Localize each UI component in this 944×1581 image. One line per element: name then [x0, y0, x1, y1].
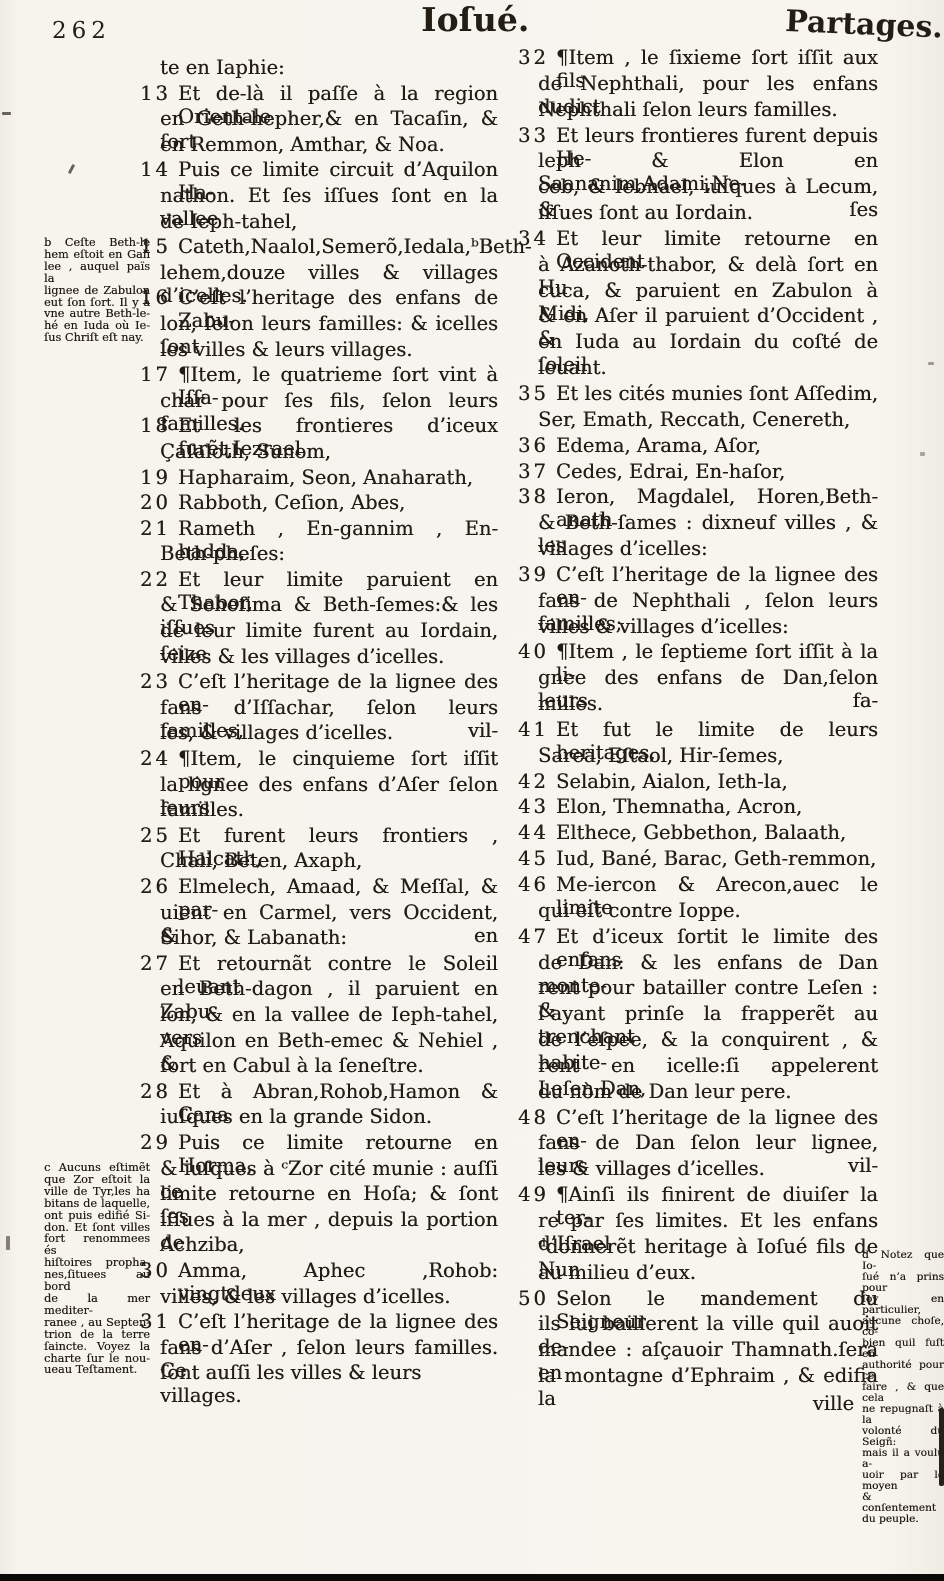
text-line: & Seheſima & Beth-ſemes:& les iſſues [140, 593, 498, 619]
text-line: iſſues à la mer , depuis la portion de [140, 1208, 498, 1234]
text-line: limite retourne en Hoſa; & ſont ſes [140, 1182, 498, 1208]
verse-text: Rabboth, Ceſion, Abes, [178, 491, 498, 514]
text-line: Achziba, [140, 1233, 498, 1259]
text-line: 19Hapharaim, Seon, Anaharath, [140, 466, 498, 492]
text-line: 15Cateth,Naalol,Semerõ,Iedala,ᵇBeth- [140, 235, 498, 261]
verse-number: 41 [518, 718, 556, 741]
text-line: 46Me-iercon & Arecon,auec le limite [518, 873, 878, 899]
text-line: te en Iaphie: [140, 56, 498, 82]
text-line: du nòm de Dan leur pere. [518, 1080, 878, 1106]
verse-text: iuſques en la grande Sidon. [140, 1105, 498, 1128]
text-line: la lignee des enfans d’Aſer ſelon leurs [140, 773, 498, 799]
verse-text: Et les cités munies ſont Aſſedim, [556, 382, 878, 405]
verse-text: Elon, Themnatha, Acron, [556, 795, 878, 818]
text-line: les villes & leurs villages. [140, 338, 498, 364]
text-line: à Azanoth-thabor, & delà ſort en Hu [518, 253, 878, 279]
text-line: de leur limite furent au Iordain, ſeize [140, 619, 498, 645]
text-line: Beth-pheſes: [140, 542, 498, 568]
verse-number: 18 [140, 414, 178, 437]
scan-speck [2, 112, 11, 115]
text-line: 29Puis ce limite retourne en Horma, [140, 1131, 498, 1157]
text-line: 21Rameth , En-gannim , En-hadda, [140, 517, 498, 543]
verse-text: Nephthali ſelon leurs familles. [518, 98, 878, 121]
verse-number: 23 [140, 670, 178, 693]
text-line: en Remmon, Amthar, & Noa. [140, 133, 498, 159]
text-line: familles. [140, 798, 498, 824]
text-line: 50Selon le mandement du Seigneur [518, 1287, 878, 1313]
text-line: uient en Carmel, vers Occident, & en [140, 901, 498, 927]
text-line: l’ayant prinſe la frapperẽt au trenchant [518, 1002, 878, 1028]
verse-number: 34 [518, 227, 556, 250]
verse-number: 40 [518, 640, 556, 663]
margin-note-line: ſus Chriſt eſt nay. [44, 332, 150, 344]
text-line: villes & villages d’icelles: [518, 615, 878, 641]
text-line: en Beth-dagon , il paruient en Zabu- [140, 977, 498, 1003]
text-line: fans de Nephthali , ſelon leurs familles… [518, 589, 878, 615]
verse-number: 36 [518, 434, 556, 457]
text-line: iſſues ſont au Iordain. [518, 201, 878, 227]
verse-number: 25 [140, 824, 178, 847]
verse-number: 29 [140, 1131, 178, 1154]
verse-text: Iud, Bané, Barac, Geth-remmon, [556, 847, 878, 870]
text-line: de Dan: & les enfans de Dan monte- [518, 951, 878, 977]
text-line: 40¶Item , le ſeptieme ſort iſſit à la li… [518, 640, 878, 666]
text-line: 32¶Item , le ſixieme ſort iſſit aux fils [518, 46, 878, 72]
text-line: ceb, & Iebnael, iuſques à Lecum, & ſes [518, 175, 878, 201]
text-line: de l’eſpee, & la conquirent , & habite- [518, 1028, 878, 1054]
text-line: en Geth-hepher,& en Tacaſin, & ſort [140, 107, 498, 133]
verse-text: Sihor, & Labanath: [140, 926, 498, 949]
verse-text: familles. [140, 798, 498, 821]
verse-number: 30 [140, 1259, 178, 1282]
verse-number: 22 [140, 568, 178, 591]
verse-number: 31 [140, 1310, 178, 1333]
verse-text: de Ieph-tahel, [140, 210, 498, 233]
text-line: 48C’eſt l’heritage de la lignee des en- [518, 1106, 878, 1132]
text-line: & iuſques à ᶜZor cité munie : auſſi ce [140, 1157, 498, 1183]
text-line: 16C’eſt l’heritage des enfans de Zabu- [140, 286, 498, 312]
text-line: Çaſaloth, Sunem, [140, 440, 498, 466]
text-line: 36Edema, Arama, Aſor, [518, 434, 878, 460]
margin-note-line: fort renommees és [44, 1233, 150, 1257]
verse-text: milles. [518, 692, 878, 715]
text-line: 44Elthece, Gebbethon, Balaath, [518, 821, 878, 847]
text-line: ſort en Cabul à la ſeneſtre. [140, 1054, 498, 1080]
verse-text: Cedes, Edrai, En-haſor, [556, 460, 878, 483]
verse-number: 39 [518, 563, 556, 586]
margin-note-line: ſaincte. Voyez la [44, 1341, 150, 1353]
verse-number: 26 [140, 875, 178, 898]
text-line: char pour ſes fils, ſelon leurs familles… [140, 389, 498, 415]
scan-edge-mark [939, 1408, 944, 1486]
verse-text: Selabin, Aialon, Ieth-la, [556, 770, 878, 793]
text-line: fans d’Iſſachar, ſelon leurs familles, v… [140, 696, 498, 722]
running-head-book-title: Ioſué. [421, 0, 529, 39]
verse-text: villes & villages d’icelles: [518, 615, 878, 638]
text-line: villages d’icelles: [518, 537, 878, 563]
verse-text: ſort en Cabul à la ſeneſtre. [140, 1054, 498, 1077]
text-line: leuant. [518, 356, 878, 382]
text-line: de Nephthali, pour les enfans dudict [518, 72, 878, 98]
margin-note-c: c Aucuns eſtimẽtque Zor eſtoit laville d… [44, 1162, 150, 1376]
verse-number: 48 [518, 1106, 556, 1129]
text-line: fans d’Aſer , ſelon leurs familles. Ce [140, 1336, 498, 1362]
text-line: la montagne d’Ephraim , & edifia la [518, 1364, 878, 1390]
text-line: 20Rabboth, Ceſion, Abes, [140, 491, 498, 517]
text-line: fans de Dan ſelon leur lignee, leurs vil… [518, 1131, 878, 1157]
catchword: ville [518, 1392, 878, 1415]
text-line: 45Iud, Bané, Barac, Geth-remmon, [518, 847, 878, 873]
scan-bottom-border [0, 1574, 944, 1581]
verse-number: 27 [140, 952, 178, 975]
verse-text: ſont auſſi les villes & leurs villages. [140, 1361, 498, 1407]
scan-speck [920, 452, 925, 456]
text-line: les & villages d’icelles. [518, 1157, 878, 1183]
text-line: rent pour batailler contre Leſen : & [518, 976, 878, 1002]
verse-text: Sarea, Eſtaol, Hir-ſemes, [518, 744, 878, 767]
verse-text: villes, & les villages d’icelles. [140, 1285, 498, 1308]
verse-text: leuant. [518, 356, 878, 379]
text-line: 17¶Item, le quatrieme ſort vint à Iſſa- [140, 363, 498, 389]
verse-number: 19 [140, 466, 178, 489]
text-line: nathon. Et ſes iſſues ſont en la vallee [140, 184, 498, 210]
text-line: les, & villages d’icelles. [140, 721, 498, 747]
verse-number: 16 [140, 286, 178, 309]
text-line: 26Elmelech, Amaad, & Meſſal, & par- [140, 875, 498, 901]
margin-note-line: de la mer mediter- [44, 1293, 150, 1317]
text-line: lon, & en la vallee de Ieph-tahel, vers [140, 1003, 498, 1029]
verse-number: 44 [518, 821, 556, 844]
verse-number: 45 [518, 847, 556, 870]
verse-number: 33 [518, 124, 556, 147]
verse-number: 28 [140, 1080, 178, 1103]
verse-number: 50 [518, 1287, 556, 1310]
verse-text: Çaſaloth, Sunem, [140, 440, 498, 463]
verse-text: Elthece, Gebbethon, Balaath, [556, 821, 878, 844]
text-line: 35Et les cités munies ſont Aſſedim, [518, 382, 878, 408]
text-line: ſont auſſi les villes & leurs villages. [140, 1361, 498, 1387]
verse-text: Ser, Emath, Reccath, Cenereth, [518, 408, 878, 431]
page-number: 262 [52, 18, 111, 44]
text-line: qui eſt contre Ioppe. [518, 899, 878, 925]
margin-note-line: uoir par le moyen [862, 1470, 944, 1492]
verse-text: villages d’icelles: [518, 537, 878, 560]
scan-speck [68, 164, 75, 174]
margin-note-line: & conſentement [862, 1492, 944, 1514]
text-line: Ser, Emath, Reccath, Cenereth, [518, 408, 878, 434]
verse-text: Edema, Arama, Aſor, [556, 434, 878, 457]
scan-speck [6, 1236, 10, 1250]
margin-note-line: bitans de laquelle, [44, 1198, 150, 1210]
verse-text: au milieu d’eux. [518, 1261, 878, 1284]
text-line: en Iuda au Iordain du coſté de ſoleil [518, 330, 878, 356]
text-line: villes & les villages d’icelles. [140, 645, 498, 671]
verse-number: 38 [518, 485, 556, 508]
text-line: 27Et retournãt contre le Soleil leuant [140, 952, 498, 978]
text-line: 28Et à Abran,Rohob,Hamon & Cana [140, 1080, 498, 1106]
margin-note-b: b Ceſte Beth-lehem eſtoit en Galilee , a… [44, 237, 150, 344]
text-line: 42Selabin, Aialon, Ieth-la, [518, 770, 878, 796]
verse-text: les villes & leurs villages. [140, 338, 498, 361]
verse-number: 49 [518, 1183, 556, 1206]
verse-number: 32 [518, 46, 556, 69]
verse-text: iſſues ſont au Iordain. [518, 201, 878, 224]
verse-text: Achziba, [140, 1233, 498, 1256]
margin-note-line: du peuple. [862, 1514, 944, 1525]
verse-number: 46 [518, 873, 556, 896]
text-line: 47Et d’iceux ſortit le limite des enfans [518, 925, 878, 951]
text-line: villes, & les villages d’icelles. [140, 1285, 498, 1311]
text-line: 41Et fut le limite de leurs heritages, [518, 718, 878, 744]
scan-speck [928, 362, 934, 365]
text-line: 39C’eſt l’heritage de la lignee des en- [518, 563, 878, 589]
text-line: iuſques en la grande Sidon. [140, 1105, 498, 1131]
verse-text: du nòm de Dan leur pere. [518, 1080, 878, 1103]
margin-note-line: ueau Teſtament. [44, 1364, 150, 1376]
text-line: 34Et leur limite retourne en Occident [518, 227, 878, 253]
scanned-book-page: 262 Ioſué. Partages. b Ceſte Beth-lehem … [0, 0, 944, 1581]
column-right: 32¶Item , le ſixieme ſort iſſit aux fils… [518, 46, 878, 1390]
text-line: Aquilon en Beth-emec & Nehiel , & [140, 1029, 498, 1055]
text-line: 22Et leur limite paruient en Thabor, [140, 568, 498, 594]
text-line: 14Puis ce limite circuit d’Aquilon Ha- [140, 158, 498, 184]
verse-text: te en Iaphie: [140, 56, 498, 79]
margin-note-line: trion de la terre [44, 1329, 150, 1341]
text-line: 13Et de-là il paſſe à la region Oriental… [140, 82, 498, 108]
text-line: 31C’eſt l’heritage de la lignee des en- [140, 1310, 498, 1336]
text-line: cuca, & paruient en Zabulon à Midi, [518, 279, 878, 305]
text-line: au milieu d’eux. [518, 1261, 878, 1287]
verse-text: Chali, Beten, Axaph, [140, 849, 498, 872]
text-line: 43Elon, Themnatha, Acron, [518, 795, 878, 821]
verse-number: 13 [140, 82, 178, 105]
verse-text: Hapharaim, Seon, Anaharath, [178, 466, 498, 489]
margin-note-line: ville de Tyr,les ha [44, 1186, 150, 1198]
verse-text: villes & les villages d’icelles. [140, 645, 498, 668]
margin-note-line: ont puis edifié Si- [44, 1210, 150, 1222]
text-line: 18Et les frontieres d’iceux furẽt,Iezrae… [140, 414, 498, 440]
text-line: & Beth-ſames : dixneuf villes , & les [518, 511, 878, 537]
verse-number: 43 [518, 795, 556, 818]
text-line: lon, ſelon leurs familles: & icelles ſon… [140, 312, 498, 338]
margin-note-line: ranee , au Septen- [44, 1317, 150, 1329]
verse-number: 15 [140, 235, 178, 258]
verse-number: 35 [518, 382, 556, 405]
running-head-section-title: Partages. [785, 4, 944, 46]
text-line: re par ſes limites. Et les enfans d’Iſra… [518, 1209, 878, 1235]
text-line: ils lui baillerent la ville quil auoit d… [518, 1312, 878, 1338]
text-line: 24¶Item, le cinquieme ſort iſſit pour [140, 747, 498, 773]
verse-number: 37 [518, 460, 556, 483]
verse-text: Beth-pheſes: [140, 542, 498, 565]
margin-note-line: volonté du Seigñ: [862, 1426, 944, 1448]
text-line: leph & Elon en Saananim,Adami,Ne- [518, 149, 878, 175]
text-line: de Ieph-tahel, [140, 210, 498, 236]
margin-note-line: lignee de Zabulon [44, 285, 150, 297]
text-line: Sihor, & Labanath: [140, 926, 498, 952]
text-line: mandee : aſçauoir Thamnath.ſera en [518, 1338, 878, 1364]
text-line: gnee des enfans de Dan,ſelon leurs fa- [518, 666, 878, 692]
text-line: Nephthali ſelon leurs familles. [518, 98, 878, 124]
text-line: 37Cedes, Edrai, En-haſor, [518, 460, 878, 486]
verse-text: les, & villages d’icelles. [140, 721, 498, 744]
verse-number: 14 [140, 158, 178, 181]
verse-text: en Remmon, Amthar, & Noa. [140, 133, 498, 156]
text-line: ᵈdonnerẽt heritage à Ioſué fils de Nun [518, 1235, 878, 1261]
verse-text: Cateth,Naalol,Semerõ,Iedala,ᵇBeth- [178, 235, 532, 258]
verse-number: 24 [140, 747, 178, 770]
verse-number: 21 [140, 517, 178, 540]
text-line: milles. [518, 692, 878, 718]
verse-text: les & villages d’icelles. [518, 1157, 878, 1180]
margin-note-line: mais il a voulu a- [862, 1448, 944, 1470]
verse-number: 17 [140, 363, 178, 386]
margin-note-line: nes,ſituees au bord [44, 1269, 150, 1293]
margin-note-line: lee , auquel païs la [44, 261, 150, 285]
text-line: & en Aſer il paruient d’Occident , & [518, 304, 878, 330]
text-line: Chali, Beten, Axaph, [140, 849, 498, 875]
text-line: 33Et leurs frontieres furent depuis He- [518, 124, 878, 150]
text-line: Sarea, Eſtaol, Hir-ſemes, [518, 744, 878, 770]
text-line: 38Ieron, Magdalel, Horen,Beth-anath [518, 485, 878, 511]
verse-number: 42 [518, 770, 556, 793]
verse-number: 47 [518, 925, 556, 948]
text-line: 30Amma, Aphec ,Rohob: vingtdeux [140, 1259, 498, 1285]
verse-text: qui eſt contre Ioppe. [518, 899, 878, 922]
column-left: te en Iaphie:13Et de-là il paſſe à la re… [140, 56, 498, 1387]
text-line: 49¶Ainſi ils finirent de diuiſer la ter- [518, 1183, 878, 1209]
verse-number: 20 [140, 491, 178, 514]
text-line: 23C’eſt l’heritage de la lignee des en- [140, 670, 498, 696]
text-line: lehem,douze villes & villages d’icelles. [140, 261, 498, 287]
text-line: rent en icelle:ſi appelerent Leſen,Dan, [518, 1054, 878, 1080]
text-line: 25Et furent leurs frontiers , Halcath, [140, 824, 498, 850]
